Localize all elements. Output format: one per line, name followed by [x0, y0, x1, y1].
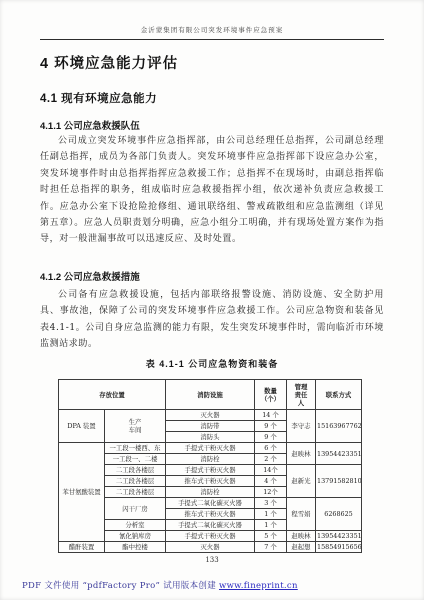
cell-location: 酯中控楼	[105, 542, 166, 553]
table-row: 闪干厂房 手提式二氧化碳灭火器 3 个 程雪娟 6268625	[59, 498, 362, 509]
page-number: 133	[0, 556, 424, 564]
cell-facility: 消防栓	[166, 454, 255, 465]
table-header-row: 存放位置 消防设施 数量 （个） 管理 责任 人 联系方式	[59, 380, 362, 410]
cell-unit: 醋酐装置	[59, 542, 105, 553]
cell-contact: 6268625	[316, 498, 362, 531]
cell-quantity: 3 个	[255, 498, 287, 509]
paragraph-rescue-team: 公司成立突发环境事件应急指挥部，由公司总经理任总指挥，公司副总经理任副总指挥，成…	[40, 133, 384, 248]
cell-manager: 赵新光	[287, 465, 316, 498]
table-row: DPA 装置 生产 车间 灭火器 14 个 李守志 15163967762	[59, 410, 362, 421]
section-heading: 4.1 现有环境应急能力	[40, 90, 384, 106]
table-row: 氰化钠库房 手提式干粉灭火器 5 个 赵映林 13954423351	[59, 531, 362, 542]
running-header: 金沂蒙集团有限公司突发环境事件应急预案	[40, 25, 384, 34]
cell-contact: 13791582810	[316, 465, 362, 498]
cell-location: 生产 车间	[105, 410, 166, 443]
col-header-facility: 消防设施	[166, 380, 255, 410]
cell-location: 二工段各楼层	[105, 476, 166, 487]
cell-quantity: 14 个	[255, 410, 287, 421]
cell-facility: 手提式二氧化碳灭火器	[166, 498, 255, 509]
chapter-heading: 4 环境应急能力评估	[40, 52, 384, 73]
cell-facility: 推车式干粉灭火器	[166, 509, 255, 520]
table-row: 苯甘氨酸装置 一工段一楼西、东 手提式干粉灭火器 6 个 赵映林 1395442…	[59, 443, 362, 454]
subsection-heading-412: 4.1.2 公司应急救援措施	[40, 269, 384, 283]
cell-facility: 灭火器	[166, 410, 255, 421]
fineprint-link[interactable]: www.fineprint.cn	[219, 581, 298, 591]
cell-manager: 程雪娟	[287, 498, 316, 531]
cell-unit: DPA 装置	[59, 410, 105, 443]
cell-facility: 手提式干粉灭火器	[166, 465, 255, 476]
col-header-contact: 联系方式	[316, 380, 362, 410]
cell-quantity: 12个	[255, 487, 287, 498]
header-divider	[40, 39, 384, 40]
cell-quantity: 1 个	[255, 520, 287, 531]
cell-quantity: 1 个	[255, 509, 287, 520]
cell-location: 闪干厂房	[105, 498, 166, 520]
emergency-supplies-table: 存放位置 消防设施 数量 （个） 管理 责任 人 联系方式 DPA 装置 生产 …	[58, 379, 362, 553]
cell-quantity: 9 个	[255, 432, 287, 443]
cell-manager: 赵映林	[287, 443, 316, 465]
col-header-quantity: 数量 （个）	[255, 380, 287, 410]
cell-facility: 消防栓	[166, 487, 255, 498]
cell-location: 分析室	[105, 520, 166, 531]
cell-manager: 赵映林	[287, 531, 316, 542]
cell-quantity: 14个	[255, 465, 287, 476]
table-caption: 表 4.1-1 公司应急物资和装备	[40, 357, 384, 370]
paragraph-rescue-measures: 公司备有应急救援设施，包括内部联络报警设施、消防设施、安全防护用具、事故池，保障…	[40, 287, 384, 353]
cell-facility: 消防带	[166, 421, 255, 432]
cell-quantity: 4 个	[255, 476, 287, 487]
table-row: 醋酐装置 酯中控楼 灭火器 7 个 赵起想 15854915656	[59, 542, 362, 553]
cell-facility: 推车式干粉灭火器	[166, 476, 255, 487]
subsection-heading-411: 4.1.1 公司应急救援队伍	[40, 118, 384, 132]
cell-manager: 赵起想	[287, 542, 316, 553]
cell-contact: 13954423351	[316, 531, 362, 542]
cell-facility: 手提式干粉灭火器	[166, 531, 255, 542]
cell-quantity: 7 个	[255, 542, 287, 553]
cell-location: 一工段一楼西、东	[105, 443, 166, 454]
cell-location: 二工段各楼层	[105, 487, 166, 498]
cell-location: 二工段各楼层	[105, 465, 166, 476]
cell-contact: 15163967762	[316, 410, 362, 443]
col-header-location: 存放位置	[59, 380, 166, 410]
cell-facility: 手提式干粉灭火器	[166, 443, 255, 454]
cell-location: 氰化钠库房	[105, 531, 166, 542]
cell-quantity: 2 个	[255, 454, 287, 465]
cell-location: 一工段一、二楼	[105, 454, 166, 465]
cell-manager: 李守志	[287, 410, 316, 443]
cell-facility: 消防头	[166, 432, 255, 443]
cell-facility: 灭火器	[166, 542, 255, 553]
table-row: 二工段各楼层 手提式干粉灭火器 14个 赵新光 13791582810	[59, 465, 362, 476]
cell-contact: 13954423351	[316, 443, 362, 465]
cell-facility: 手提式二氧化碳灭火器	[166, 520, 255, 531]
cell-unit: 苯甘氨酸装置	[59, 443, 105, 542]
cell-quantity: 6 个	[255, 443, 287, 454]
col-header-manager: 管理 责任 人	[287, 380, 316, 410]
pdf-watermark-footer: PDF 文件使用 “pdfFactory Pro” 试用版本创建 www.fin…	[22, 579, 412, 591]
cell-quantity: 5 个	[255, 531, 287, 542]
document-page: 金沂蒙集团有限公司突发环境事件应急预案 4 环境应急能力评估 4.1 现有环境应…	[0, 0, 424, 600]
cell-quantity: 9 个	[255, 421, 287, 432]
pdf-watermark-text: PDF 文件使用 “pdfFactory Pro” 试用版本创建	[22, 581, 219, 591]
cell-contact: 15854915656	[316, 542, 362, 553]
